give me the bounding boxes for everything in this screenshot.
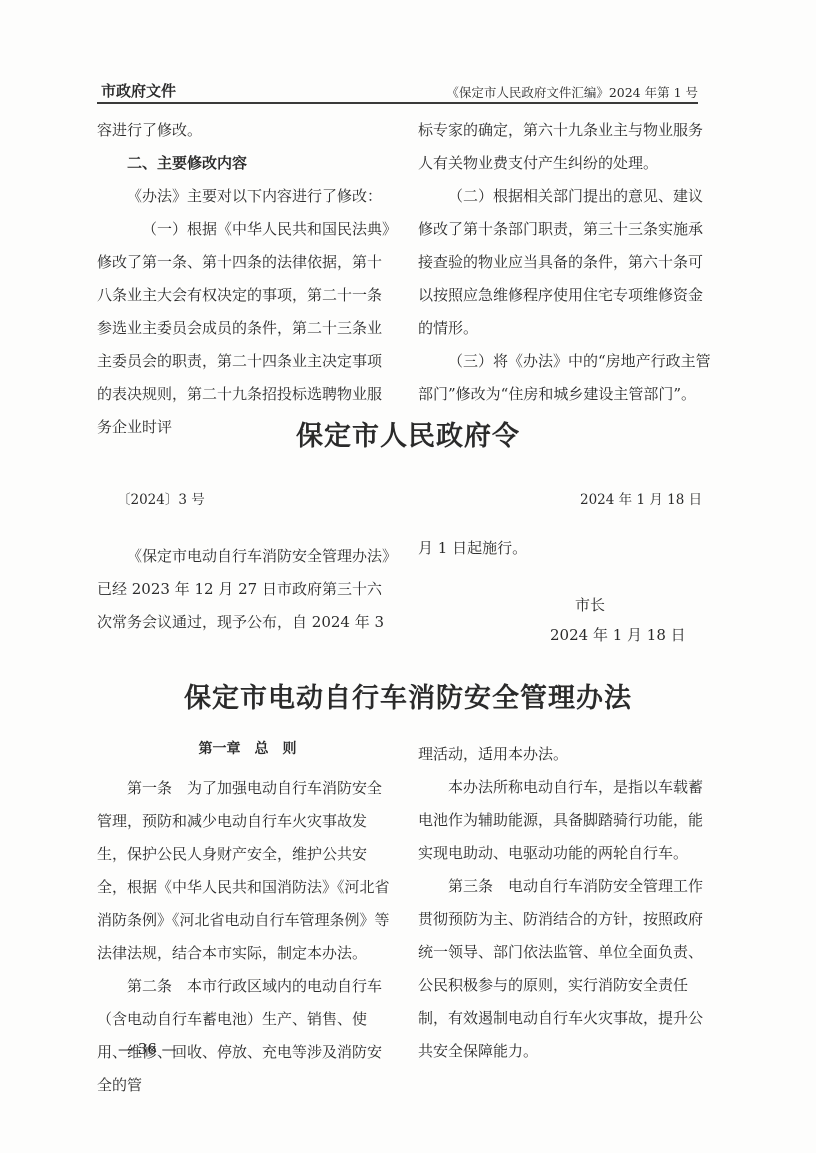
chapter-heading: 第一章 总 则 [100, 738, 395, 758]
paragraph: （三）将《办法》中的“房地产行政主管部门”修改为“住房和城乡建设主管部门”。 [418, 345, 714, 411]
regulation-title: 保定市电动自行车消防安全管理办法 [0, 676, 816, 715]
order-body-left: 《保定市电动自行车消防安全管理办法》已经 2023 年 12 月 27 日市政府… [97, 540, 393, 639]
order-title: 保定市人民政府令 [0, 414, 816, 453]
paragraph: 《保定市电动自行车消防安全管理办法》已经 2023 年 12 月 27 日市政府… [97, 540, 393, 639]
paragraph: 月 1 日起施行。 [418, 532, 714, 565]
paragraph: （二）根据相关部门提出的意见、建议修改了第十条部门职责，第三十三条实施承接查验的… [418, 180, 714, 345]
paragraph: 容进行了修改。 [97, 114, 395, 147]
article-2: 第二条 本市行政区域内的电动自行车（含电动自行车蓄电池）生产、销售、使用、维修、… [97, 970, 393, 1102]
paragraph: 《办法》主要对以下内容进行了修改： [97, 180, 395, 213]
paragraph: 标专家的确定，第六十九条业主与物业服务人有关物业费支付产生纠纷的处理。 [418, 114, 714, 180]
order-date: 2024 年 1 月 18 日 [580, 488, 702, 508]
paragraph: 理活动，适用本办法。 [418, 738, 714, 771]
order-number: 〔2024〕3 号 [117, 488, 205, 508]
paragraph: （一）根据《中华人民共和国民法典》修改了第一条、第十四条的法律依据，第十八条业主… [97, 213, 395, 444]
top-left-column: 容进行了修改。 二、主要修改内容 《办法》主要对以下内容进行了修改： （一）根据… [97, 114, 395, 444]
page-number: — 36 — [118, 1040, 177, 1058]
article-3: 第三条 电动自行车消防安全管理工作贯彻预防为主、防消结合的方针，按照政府统一领导… [418, 870, 714, 1068]
order-body-right: 月 1 日起施行。 [418, 532, 714, 565]
running-header: 市政府文件 《保定市人民政府文件汇编》2024 年第 1 号 [97, 80, 698, 104]
header-publication-title: 《保定市人民政府文件汇编》2024 年第 1 号 [446, 83, 698, 101]
signer-title: 市长 [575, 594, 605, 615]
signature-date: 2024 年 1 月 18 日 [550, 624, 686, 645]
regulation-right-column: 理活动，适用本办法。 本办法所称电动自行车，是指以车载蓄电池作为辅助能源，具备脚… [418, 738, 714, 1068]
header-section-label: 市政府文件 [101, 80, 176, 101]
article-1: 第一条 为了加强电动自行车消防安全管理，预防和减少电动自行车火灾事故发生，保护公… [97, 772, 393, 970]
top-right-column: 标专家的确定，第六十九条业主与物业服务人有关物业费支付产生纠纷的处理。 （二）根… [418, 114, 714, 411]
paragraph: 本办法所称电动自行车，是指以车载蓄电池作为辅助能源，具备脚踏骑行功能，能实现电助… [418, 771, 714, 870]
section-heading: 二、主要修改内容 [97, 147, 395, 180]
